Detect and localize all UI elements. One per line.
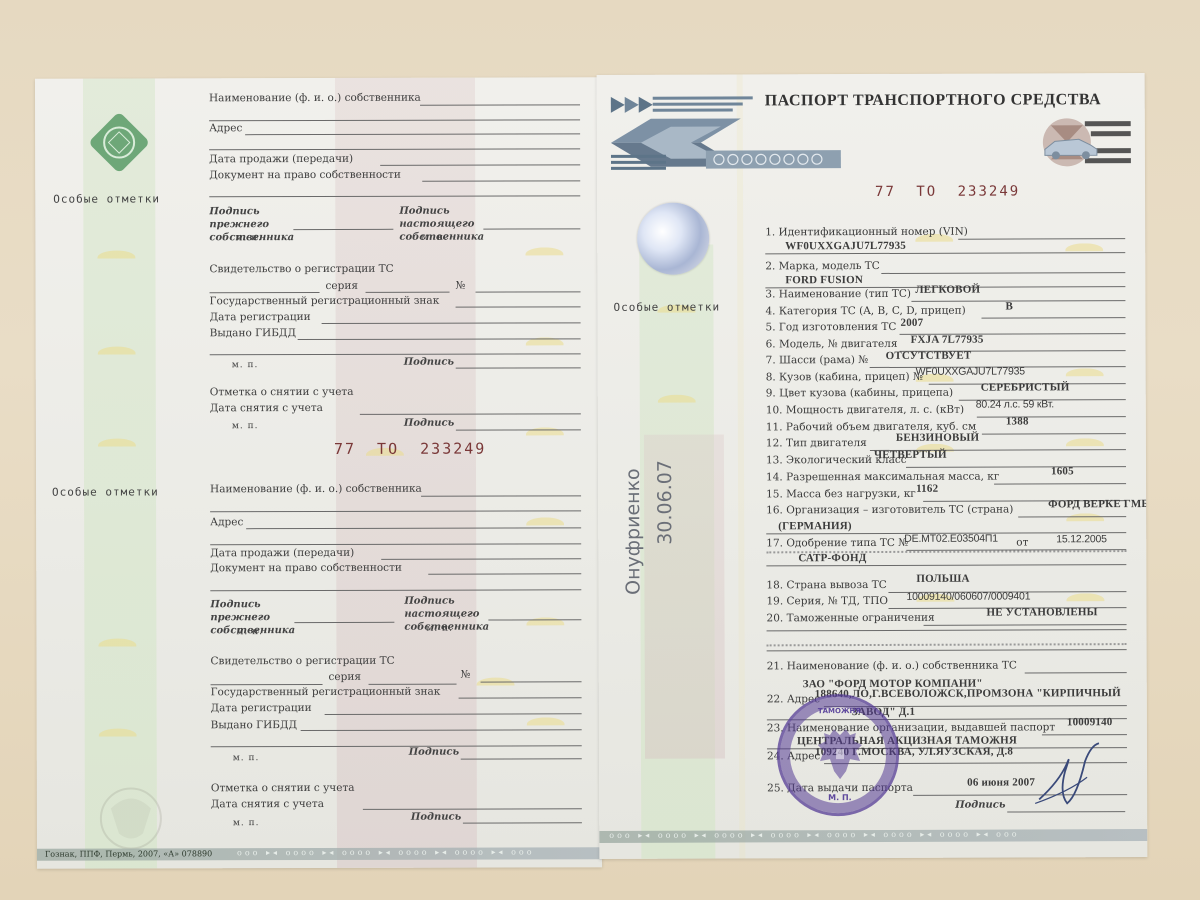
field-value-category: B [1005,301,1013,313]
field-value-type-approval: DE.MT02.E03504П1 [904,533,998,545]
stamp-place-label: м. п. [232,421,259,431]
special-marks-label: Особые отметки [613,301,720,314]
field-owner-name[interactable] [1024,672,1126,673]
field-label: 15. Масса без нагрузки, кг [766,488,916,501]
reg-date-label: Дата регистрации [210,311,311,323]
field-label: 18. Страна вывоза ТС [766,579,886,591]
field-value-customs-doc: 10009140/060607/0009401 [906,590,1030,602]
ownership-doc-field[interactable] [428,573,581,574]
owner-name-label: Наименование (ф. и. о.) собственника [209,92,421,105]
signature-label: Подпись [409,747,459,758]
field-label: 9. Цвет кузова (кабины, прицепа) [766,387,953,400]
field-label: 6. Модель, № двигателя [766,338,898,350]
curr-owner-signature-label: Подпись настоящего собственника [404,594,524,633]
car-emblem-icon [1041,115,1131,169]
reg-cert-label: Свидетельство о регистрации ТС [210,655,394,667]
section-separator [766,550,1126,553]
serial-number: 77 ТО 233249 [875,183,1020,200]
stamp-mp: М. П. [828,793,852,802]
field-row-manufacturer: 16. Организация – изготовитель ТС (стран… [597,73,1145,75]
field-label: 16. Организация – изготовитель ТС (стран… [766,504,1013,517]
field-vin[interactable] [958,238,1125,240]
series-label: серия [329,671,361,683]
curr-owner-signature-field[interactable] [483,228,580,229]
signature-label: Подпись [404,418,454,429]
field-make-model[interactable] [881,272,1125,274]
signature-field[interactable] [461,758,582,759]
field-value-engine-model: FXJA 7L77935 [911,334,984,346]
signature-label: Подпись [404,357,454,368]
field-row-owner-address: 22. Адрес188640,ЛО,Г.ВСЕВОЛОЖСК,ПРОМЗОНА… [597,73,1145,75]
reg-cert-field[interactable] [210,292,320,293]
special-marks-label: Особые отметки [53,192,160,205]
field-value-vin: WF0UXXGAJU7L77935 [785,240,906,252]
owner-name-field[interactable] [420,104,580,105]
field-row-engine-type: 12. Тип двигателяБЕНЗИНОВЫЙ [597,73,1145,75]
field-label: 14. Разрешенная максимальная масса, кг [766,471,999,484]
number-field[interactable] [481,681,582,682]
field-value-make-model: FORD FUSION [785,274,863,286]
field-value-max-mass: 1605 [1051,465,1074,477]
field-label: 20. Таможенные ограничения [767,612,935,625]
owner-name-field[interactable] [421,495,581,496]
left-page: Особые отметки Особые отметки Наименован… [35,77,602,868]
field-value-body: WF0UXXGAJU7L77935 [916,365,1025,377]
stamp-place-label: м. п. [233,753,260,763]
footer-pattern: ooo ▸◂ oooo ▸◂ oooo ▸◂ oooo ▸◂ oooo ▸◂ o… [609,829,1019,839]
stamp-place-label: м. п. [235,233,262,243]
field-label: 19. Серия, № ТД, ТПО [766,595,888,607]
document-title: ПАСПОРТ ТРАНСПОРТНОГО СРЕДСТВА [765,91,1101,110]
field-row-customs-doc: 19. Серия, № ТД, ТПО10009140/060607/0009… [597,73,1145,75]
field-label: 12. Тип двигателя [766,437,867,449]
address-label: Адрес [210,516,243,528]
special-marks-label: Особые отметки [52,485,159,498]
dereg-mark-label: Отметка о снятии с учета [211,782,355,794]
number-label: № [455,280,465,292]
number-label: № [461,669,471,681]
field-value-manufacturer: ФОРД ВЕРКЕ ГМБХ [1048,498,1147,510]
footer-pattern: ooo ▸◂ oooo ▸◂ oooo ▸◂ oooo ▸◂ oooo ▸◂ o… [237,847,535,857]
field-label: 7. Шасси (рама) № [766,354,869,366]
field-row-issuer-address: 24. Адрес109240 Г.МОСКВА, УЛ.ЯУЗСКАЯ, Д.… [597,73,1145,75]
field-eco-class[interactable] [906,466,1126,468]
field-row-displacement: 11. Рабочий объем двигателя, куб. см1388 [597,73,1145,75]
ownership-doc-label: Документ на право собственности [210,562,402,575]
field-value-type-approval-cont: САТР-ФОНД [798,552,866,564]
field-row-body: 8. Кузов (кабина, прицеп) №WF0UXXGAJU7L7… [597,73,1145,75]
series-field[interactable] [369,684,457,685]
field-row-category: 4. Категория ТС (A, B, C, D, прицеп)B [597,73,1145,75]
field-value-approval-date: 15.12.2005 [1056,533,1107,545]
plate-label: Государственный регистрационный знак [211,686,441,699]
field-label: 21. Наименование (ф. и. о.) собственника… [767,659,1017,672]
field-value-curb-mass: 1162 [916,483,938,495]
ownership-doc-label: Документ на право собственности [209,169,401,182]
signature-field[interactable] [463,822,582,823]
signature-label: Подпись [955,800,1005,811]
customs-stamp: М. П. ТАМОЖНЯ [777,694,899,816]
field-value-eco-class: ЧЕТВЕРТЫЙ [874,449,947,461]
owner-name-label: Наименование (ф. и. о.) собственника [210,483,422,496]
blank-field-line[interactable] [767,629,1127,631]
curr-owner-signature-field[interactable] [488,619,581,620]
field-max-mass[interactable] [994,483,1126,484]
curr-owner-signature-label: Подпись настоящего собственника [399,204,519,243]
field-label: 8. Кузов (кабина, прицеп) № [766,371,923,384]
reg-cert-label: Свидетельство о регистрации ТС [209,263,393,275]
field-row-owner-name: 21. Наименование (ф. и. о.) собственника… [597,73,1145,75]
hologram-seal [637,203,709,275]
signature-field[interactable] [1007,811,1125,812]
stamp-place-label: м. п. [233,818,260,828]
field-row-power: 10. Мощность двигателя, л. с. (кВт)80.24… [597,73,1145,75]
field-vehicle-type[interactable] [911,300,1125,302]
field-row-engine-model: 6. Модель, № двигателяFXJA 7L77935 [597,73,1145,75]
field-value-issuer: 10009140 [1067,716,1113,728]
prev-owner-signature-label: Подпись прежнего собственника [209,205,319,244]
right-page: ПАСПОРТ ТРАНСПОРТНОГО СРЕДСТВА 77 ТО 233… [597,73,1148,859]
sale-date-label: Дата продажи (передачи) [209,153,353,165]
field-row-customs-restrictions: 20. Таможенные ограниченияНЕ УСТАНОВЛЕНЫ [597,73,1145,75]
field-row-max-mass: 14. Разрешенная максимальная масса, кг16… [597,73,1145,75]
field-displacement[interactable] [982,433,1126,435]
dereg-date-label: Дата снятия с учета [210,402,323,414]
field-label: 10. Мощность двигателя, л. с. (кВт) [766,404,964,417]
issued-by-label: Выдано ГИБДД [210,327,296,339]
sale-date-label: Дата продажи (передачи) [210,547,354,559]
field-customs-restrictions[interactable] [924,624,1127,626]
issued-by-label: Выдано ГИБДД [211,719,297,731]
vehicle-fields: 1. Идентификационный номер (VIN)WF0UXXGA… [597,73,1145,75]
sale-date-field[interactable] [380,164,580,166]
field-label: 4. Категория ТС (A, B, C, D, прицеп) [765,305,965,318]
field-label: 3. Наименование (тип ТС) [765,288,911,301]
printer-info: Гознак, ППФ, Пермь, 2007, «А» 078890 [45,849,212,858]
field-row-curb-mass: 15. Масса без нагрузки, кг1162 [597,73,1145,75]
field-value-chassis: ОТСУТСТВУЕТ [886,350,972,362]
field-row-vehicle-type: 3. Наименование (тип ТС)ЛЕГКОВОЙ [597,73,1145,75]
stamp-place-label: м. п. [426,624,453,634]
blank-field-line[interactable] [767,649,1127,651]
prev-owner-signature-label: Подпись прежнего собственника [210,598,320,637]
number-field[interactable] [476,291,581,292]
section-separator [767,643,1127,646]
dereg-mark-label: Отметка о снятии с учета [210,386,354,398]
field-value-vehicle-type: ЛЕГКОВОЙ [915,284,980,296]
field-row-eco-class: 13. Экологический классЧЕТВЕРТЫЙ [597,73,1145,75]
dereg-date-label: Дата снятия с учета [211,798,324,810]
signature-scribble [1029,741,1109,811]
handwritten-name: Онуфриенко [622,468,644,595]
field-value-color: СЕРЕБРИСТЫЙ [981,381,1070,393]
field-value-export-country: ПОЛЬША [916,573,969,585]
field-value-power: 80.24 л.с. 59 кВт. [976,398,1054,410]
field-value-issue-date: 06 июня 2007 [967,776,1035,788]
plate-field[interactable] [456,306,581,307]
plate-label: Государственный регистрационный знак [210,295,440,308]
series-label: серия [325,280,357,292]
field-value-customs-restrictions: НЕ УСТАНОВЛЕНЫ [986,606,1097,618]
field-value-year: 2007 [900,317,923,329]
field-value-manufacturer-cont: (ГЕРМАНИЯ) [778,520,852,532]
field-row-type-approval: 17. Одобрение типа ТС №DE.MT02.E03504П1о… [597,73,1145,75]
field-type-approval-line2[interactable] [766,564,1126,566]
from-label: от [1016,536,1028,548]
field-row-issuer: 23. Наименование организации, выдавшей п… [597,73,1145,75]
field-row-make-model: 2. Марка, модель ТСFORD FUSION [597,73,1145,75]
field-label: 5. Год изготовления ТС [765,321,896,333]
field-row-year: 5. Год изготовления ТС2007 [597,73,1145,75]
field-label: 17. Одобрение типа ТС № [766,537,908,549]
field-power[interactable] [976,416,1126,418]
field-row-chassis: 7. Шасси (рама) №ОТСУТСТВУЕТ [597,73,1145,75]
plate-field[interactable] [459,697,582,698]
serial-number: 77 ТО 233249 [334,440,486,458]
stamp-place-label: м. п. [236,627,263,637]
field-issuer[interactable] [1042,734,1127,735]
field-row-color: 9. Цвет кузова (кабины, прицепа)СЕРЕБРИС… [597,73,1145,75]
ownership-doc-field[interactable] [422,180,580,181]
signature-label: Подпись [411,812,461,823]
sale-date-field[interactable] [381,558,581,560]
field-value-engine-type: БЕНЗИНОВЫЙ [896,432,979,444]
field-manufacturer[interactable] [1018,516,1126,517]
stamp-place-label: м. п. [421,233,448,243]
coat-of-arms-watermark-icon [81,778,181,858]
field-row-export-country: 18. Страна вывоза ТСПОЛЬША [597,73,1145,75]
stamp-ring-text: ТАМОЖНЯ [818,707,861,715]
field-value-displacement: 1388 [1006,415,1029,427]
handwritten-date: 30.06.07 [654,460,676,545]
address-label: Адрес [209,122,242,134]
stamp-place-label: м. п. [232,360,259,370]
signature-field[interactable] [456,367,581,368]
field-label: 2. Марка, модель ТС [765,260,880,272]
field-row-vin: 1. Идентификационный номер (VIN)WF0UXXGA… [597,73,1145,75]
field-row-issue-date: 25. Дата выдачи паспорта06 июня 2007 [597,73,1145,75]
field-label: 1. Идентификационный номер (VIN) [765,226,968,239]
double-headed-eagle-icon [814,727,866,783]
field-category[interactable] [982,317,1126,319]
series-field[interactable] [366,292,450,293]
reg-date-label: Дата регистрации [211,702,312,714]
